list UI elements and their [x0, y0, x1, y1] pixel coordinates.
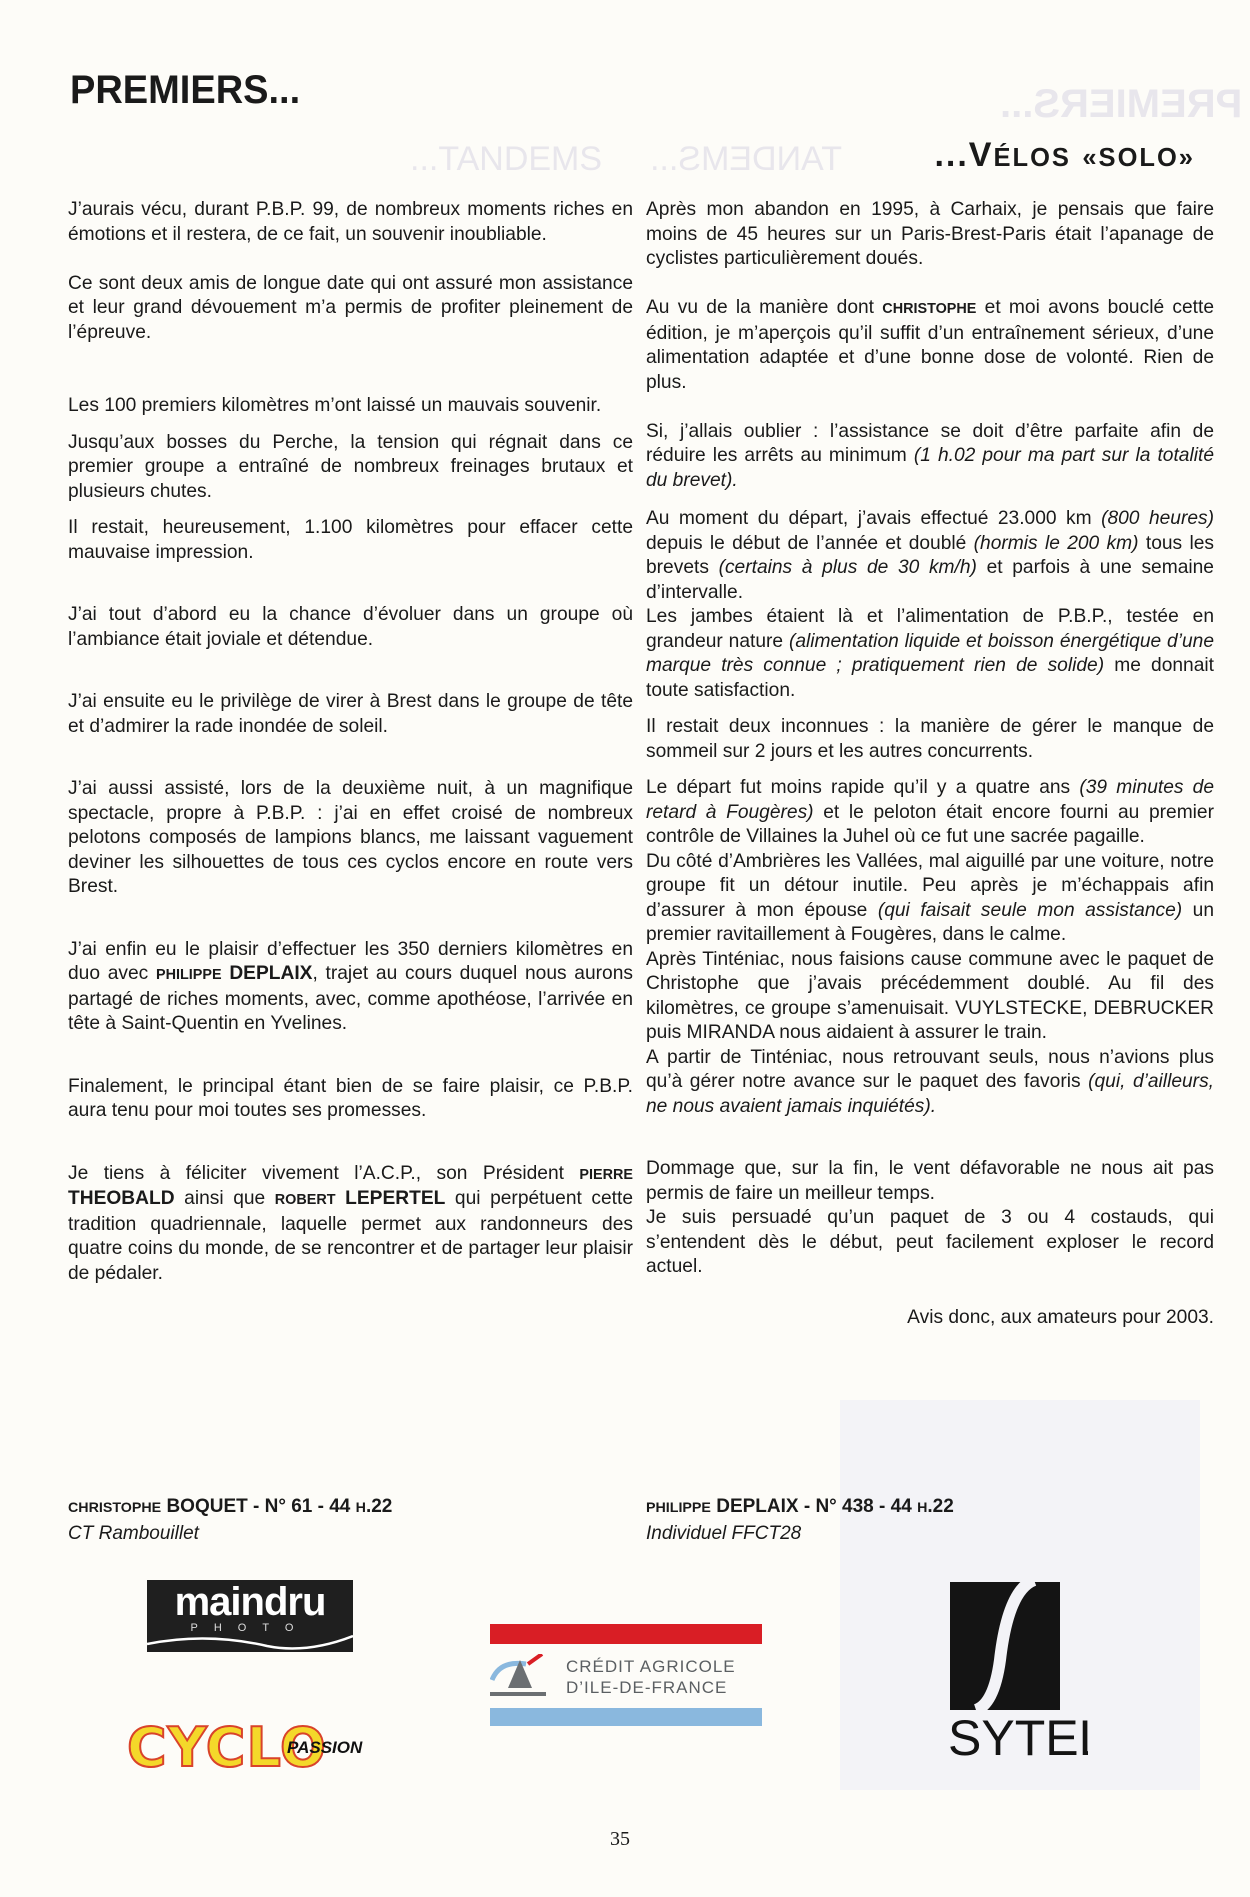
paragraph: Après Tinténiac, nous faisions cause com…	[646, 948, 1214, 1046]
paragraph: Ce sont deux amis de longue date qui ont…	[68, 272, 633, 346]
paragraph: Au vu de la manière dont Christophe et m…	[646, 296, 1214, 395]
paragraph: Les jambes étaient là et l’alimentation …	[646, 605, 1214, 703]
page-title: PREMIERS...	[70, 68, 300, 113]
person-name: Christophe	[882, 301, 976, 317]
credit-agricole-icon	[490, 1654, 546, 1698]
credit-agricole-text: CRÉDIT AGRICOLE D’ILE-DE-FRANCE	[566, 1656, 736, 1698]
author-name: Philippe DEPLAIX - N° 438 - 44 h.22	[646, 1494, 954, 1521]
author-club: CT Rambouillet	[68, 1521, 392, 1546]
maindru-photo-logo: maindru PHOTO	[147, 1580, 353, 1652]
paragraph: J’ai aussi assisté, lors de la deuxième …	[68, 777, 633, 900]
sytel-logo: SYTEL	[948, 1580, 1088, 1760]
paragraph: Les 100 premiers kilomètres m’ont laissé…	[68, 394, 633, 419]
subtitle-smallcaps: ÉLOS	[993, 144, 1070, 172]
paragraph: Si, j’allais oublier : l’assistance se d…	[646, 420, 1214, 494]
blue-bar	[490, 1708, 762, 1726]
paragraph: J’ai ensuite eu le privilège de virer à …	[68, 690, 633, 739]
paragraph: Il restait deux inconnues : la manière d…	[646, 715, 1214, 764]
paragraph: J’ai enfin eu le plaisir d’effectuer les…	[68, 938, 633, 1037]
show-through-tandems-mirrored: TANDEMS...	[650, 140, 842, 179]
show-through-title: PREMIERS...	[1000, 82, 1242, 127]
paragraph: A partir de Tinténiac, nous retrouvant s…	[646, 1046, 1214, 1120]
cyclo-passion-logo: CYCLO PASSION	[127, 1720, 377, 1776]
paragraph: Du côté d’Ambrières les Vallées, mal aig…	[646, 850, 1214, 948]
page-number: 35	[610, 1828, 630, 1851]
show-through-tandems: ...TANDEMS	[410, 140, 602, 179]
paragraph: Jusqu’aux bosses du Perche, la tension q…	[68, 431, 633, 505]
left-column-article: J’aurais vécu, durant P.B.P. 99, de nomb…	[68, 198, 633, 1286]
paragraph: Il restait, heureusement, 1.100 kilomètr…	[68, 516, 633, 565]
sytel-icon: SYTEL	[948, 1580, 1088, 1760]
closing-line: Avis donc, aux amateurs pour 2003.	[646, 1306, 1214, 1331]
author-club: Individuel FFCT28	[646, 1521, 954, 1546]
paragraph: Je suis persuadé qu’un paquet de 3 ou 4 …	[646, 1206, 1214, 1280]
right-signature: Philippe DEPLAIX - N° 438 - 44 h.22 Indi…	[646, 1494, 954, 1546]
person-name: Robert LEPERTEL	[275, 1188, 446, 1209]
svg-text:SYTEL: SYTEL	[948, 1710, 1088, 1760]
wave-icon	[147, 1632, 353, 1652]
paragraph: Après mon abandon en 1995, à Carhaix, je…	[646, 198, 1214, 272]
paragraph: Le départ fut moins rapide qu’il y a qua…	[646, 776, 1214, 850]
subtitle-quote: «SOLO»	[1082, 144, 1195, 172]
paragraph: Au moment du départ, j’avais effectué 23…	[646, 507, 1214, 605]
left-signature: Christophe BOQUET - N° 61 - 44 h.22 CT R…	[68, 1494, 392, 1546]
paragraph: Finalement, le principal étant bien de s…	[68, 1075, 633, 1124]
subtitle-prefix: ...V	[934, 136, 993, 174]
red-bar	[490, 1624, 762, 1644]
credit-agricole-logo: CRÉDIT AGRICOLE D’ILE-DE-FRANCE	[490, 1624, 762, 1726]
paragraph: Dommage que, sur la fin, le vent défavor…	[646, 1157, 1214, 1206]
paragraph: J’ai tout d’abord eu la chance d’évoluer…	[68, 603, 633, 652]
person-name: Philippe DEPLAIX	[156, 963, 312, 984]
author-name: Christophe BOQUET - N° 61 - 44 h.22	[68, 1494, 392, 1521]
page-subtitle: ...VÉLOS «SOLO»	[934, 136, 1195, 175]
right-column-article: Après mon abandon en 1995, à Carhaix, je…	[646, 198, 1214, 1330]
paragraph: J’aurais vécu, durant P.B.P. 99, de nomb…	[68, 198, 633, 247]
paragraph: Je tiens à féliciter vivement l’A.C.P., …	[68, 1162, 633, 1287]
